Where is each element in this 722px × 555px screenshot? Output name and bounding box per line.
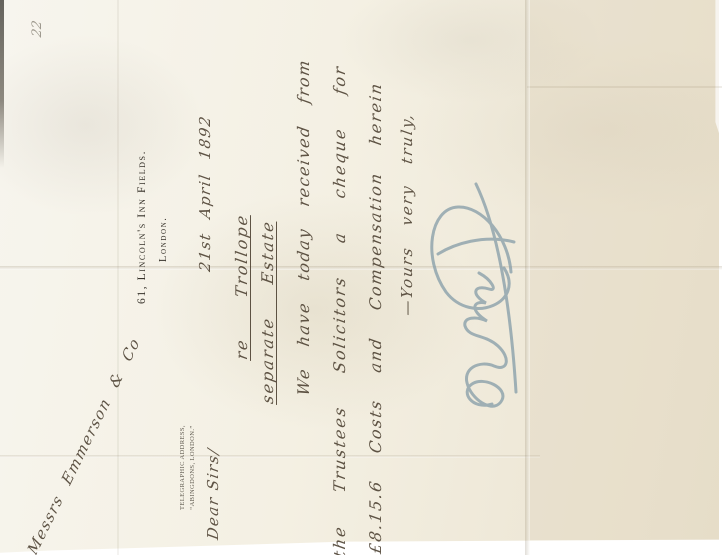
letterhead-address: 61, Lincoln's Inn Fields. bbox=[136, 150, 148, 304]
body-line-1: We have today received from bbox=[294, 58, 313, 397]
body-line-2: the Trustees Solicitors a cheque for bbox=[330, 64, 349, 555]
signature-ink-strokes bbox=[414, 180, 526, 420]
paper-edge-shadow bbox=[0, 0, 4, 168]
scanned-letter-page: { "page": { "background_color": "#ffffff… bbox=[0, 0, 722, 555]
body-line-3: £8.15.6 Costs and Compensation herein bbox=[366, 81, 385, 555]
letter-paper bbox=[0, 0, 719, 555]
signature-flourish bbox=[414, 180, 526, 420]
subject-line-1: re Trollope bbox=[232, 212, 251, 361]
telegraphic-address-line2: “ABINGDONS, LONDON.” bbox=[188, 425, 198, 510]
subject-line-2: separate Estate bbox=[258, 219, 277, 405]
telegraphic-address-block: TELEGRAPHIC ADDRESS, “ABINGDONS, LONDON.… bbox=[178, 425, 198, 510]
salutation: Dear Sirs/ bbox=[204, 446, 222, 541]
pencil-mark: 22 bbox=[30, 19, 45, 38]
letterhead-city: London. bbox=[158, 216, 169, 262]
letter-date: 21st April 1892 bbox=[196, 114, 214, 273]
telegraphic-address-line1: TELEGRAPHIC ADDRESS, bbox=[178, 425, 188, 510]
